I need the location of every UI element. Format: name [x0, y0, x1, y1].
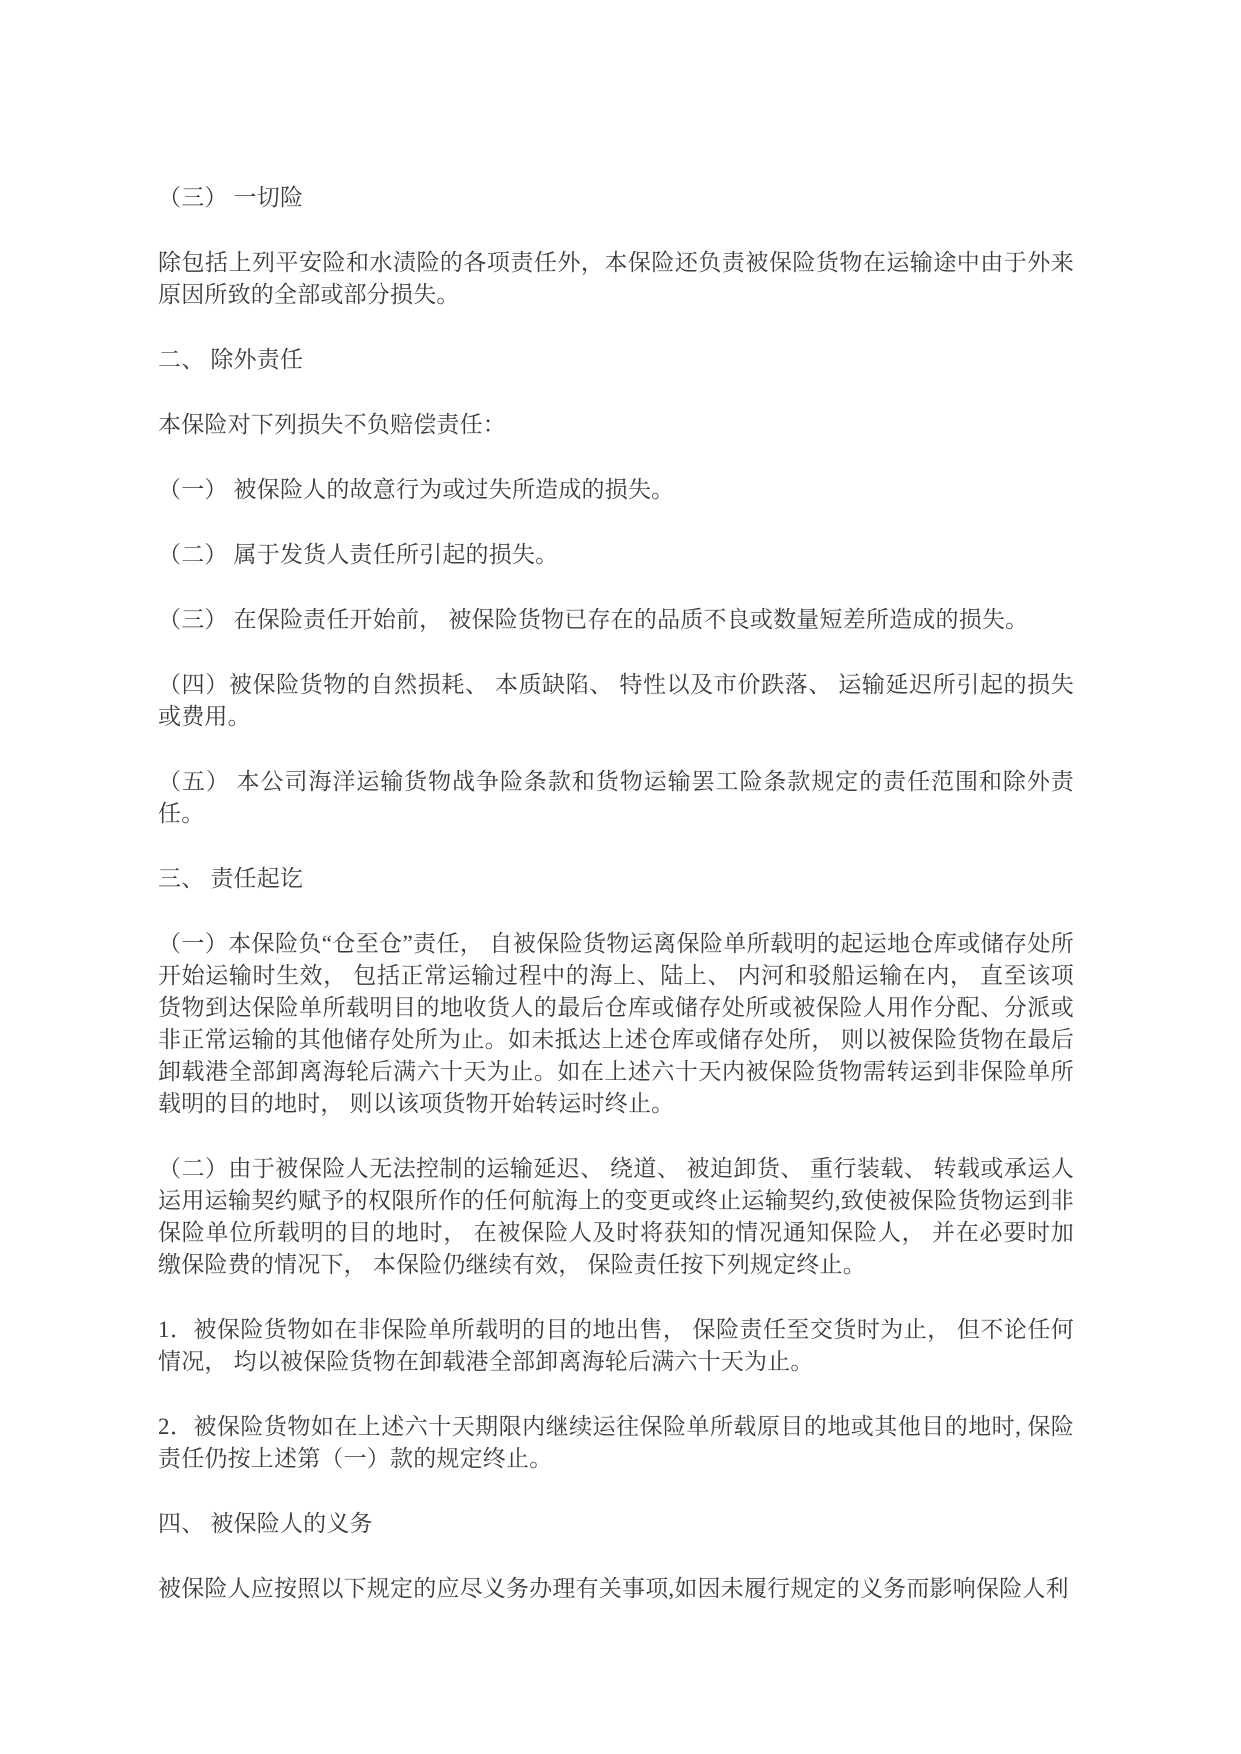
exclusion-item-2: （二） 属于发货人责任所引起的损失。: [158, 539, 1074, 571]
subheading-all-risks: （三） 一切险: [158, 182, 1074, 214]
exclusion-item-4: （四）被保险货物的自然损耗、 本质缺陷、 特性以及市价跌落、 运输延迟所引起的损…: [158, 669, 1074, 733]
para-all-risks-coverage: 除包括上列平安险和水渍险的各项责任外，本保险还负责被保险货物在运输途中由于外来原…: [158, 247, 1074, 311]
document-page: （三） 一切险 除包括上列平安险和水渍险的各项责任外，本保险还负责被保险货物在运…: [0, 0, 1241, 1754]
duration-item-2-uncontrolled-delays: （二）由于被保险人无法控制的运输延迟、 绕道、 被迫卸货、 重行装载、 转载或承…: [158, 1153, 1074, 1281]
para-insured-obligations-intro: 被保险人应按照以下规定的应尽义务办理有关事项,如因未履行规定的义务而影响保险人利: [158, 1573, 1074, 1605]
heading-exclusions: 二、 除外责任: [158, 344, 1074, 376]
duration-subitem-2: 2．被保险货物如在上述六十天期限内继续运往保险单所载原目的地或其他目的地时, 保…: [158, 1411, 1074, 1475]
duration-subitem-1: 1．被保险货物如在非保险单所载明的目的地出售， 保险责任至交货时为止， 但不论任…: [158, 1314, 1074, 1378]
duration-item-1-warehouse-to-warehouse: （一）本保险负“仓至仓”责任， 自被保险货物运离保险单所载明的起运地仓库或储存处…: [158, 928, 1074, 1120]
heading-duration-of-cover: 三、 责任起讫: [158, 863, 1074, 895]
exclusion-item-3: （三） 在保险责任开始前， 被保险货物已存在的品质不良或数量短差所造成的损失。: [158, 604, 1074, 636]
heading-insured-obligations: 四、 被保险人的义务: [158, 1508, 1074, 1540]
exclusion-item-5: （五） 本公司海洋运输货物战争险条款和货物运输罢工险条款规定的责任范围和除外责任…: [158, 766, 1074, 830]
para-exclusions-intro: 本保险对下列损失不负赔偿责任：: [158, 409, 1074, 441]
exclusion-item-1: （一） 被保险人的故意行为或过失所造成的损失。: [158, 474, 1074, 506]
